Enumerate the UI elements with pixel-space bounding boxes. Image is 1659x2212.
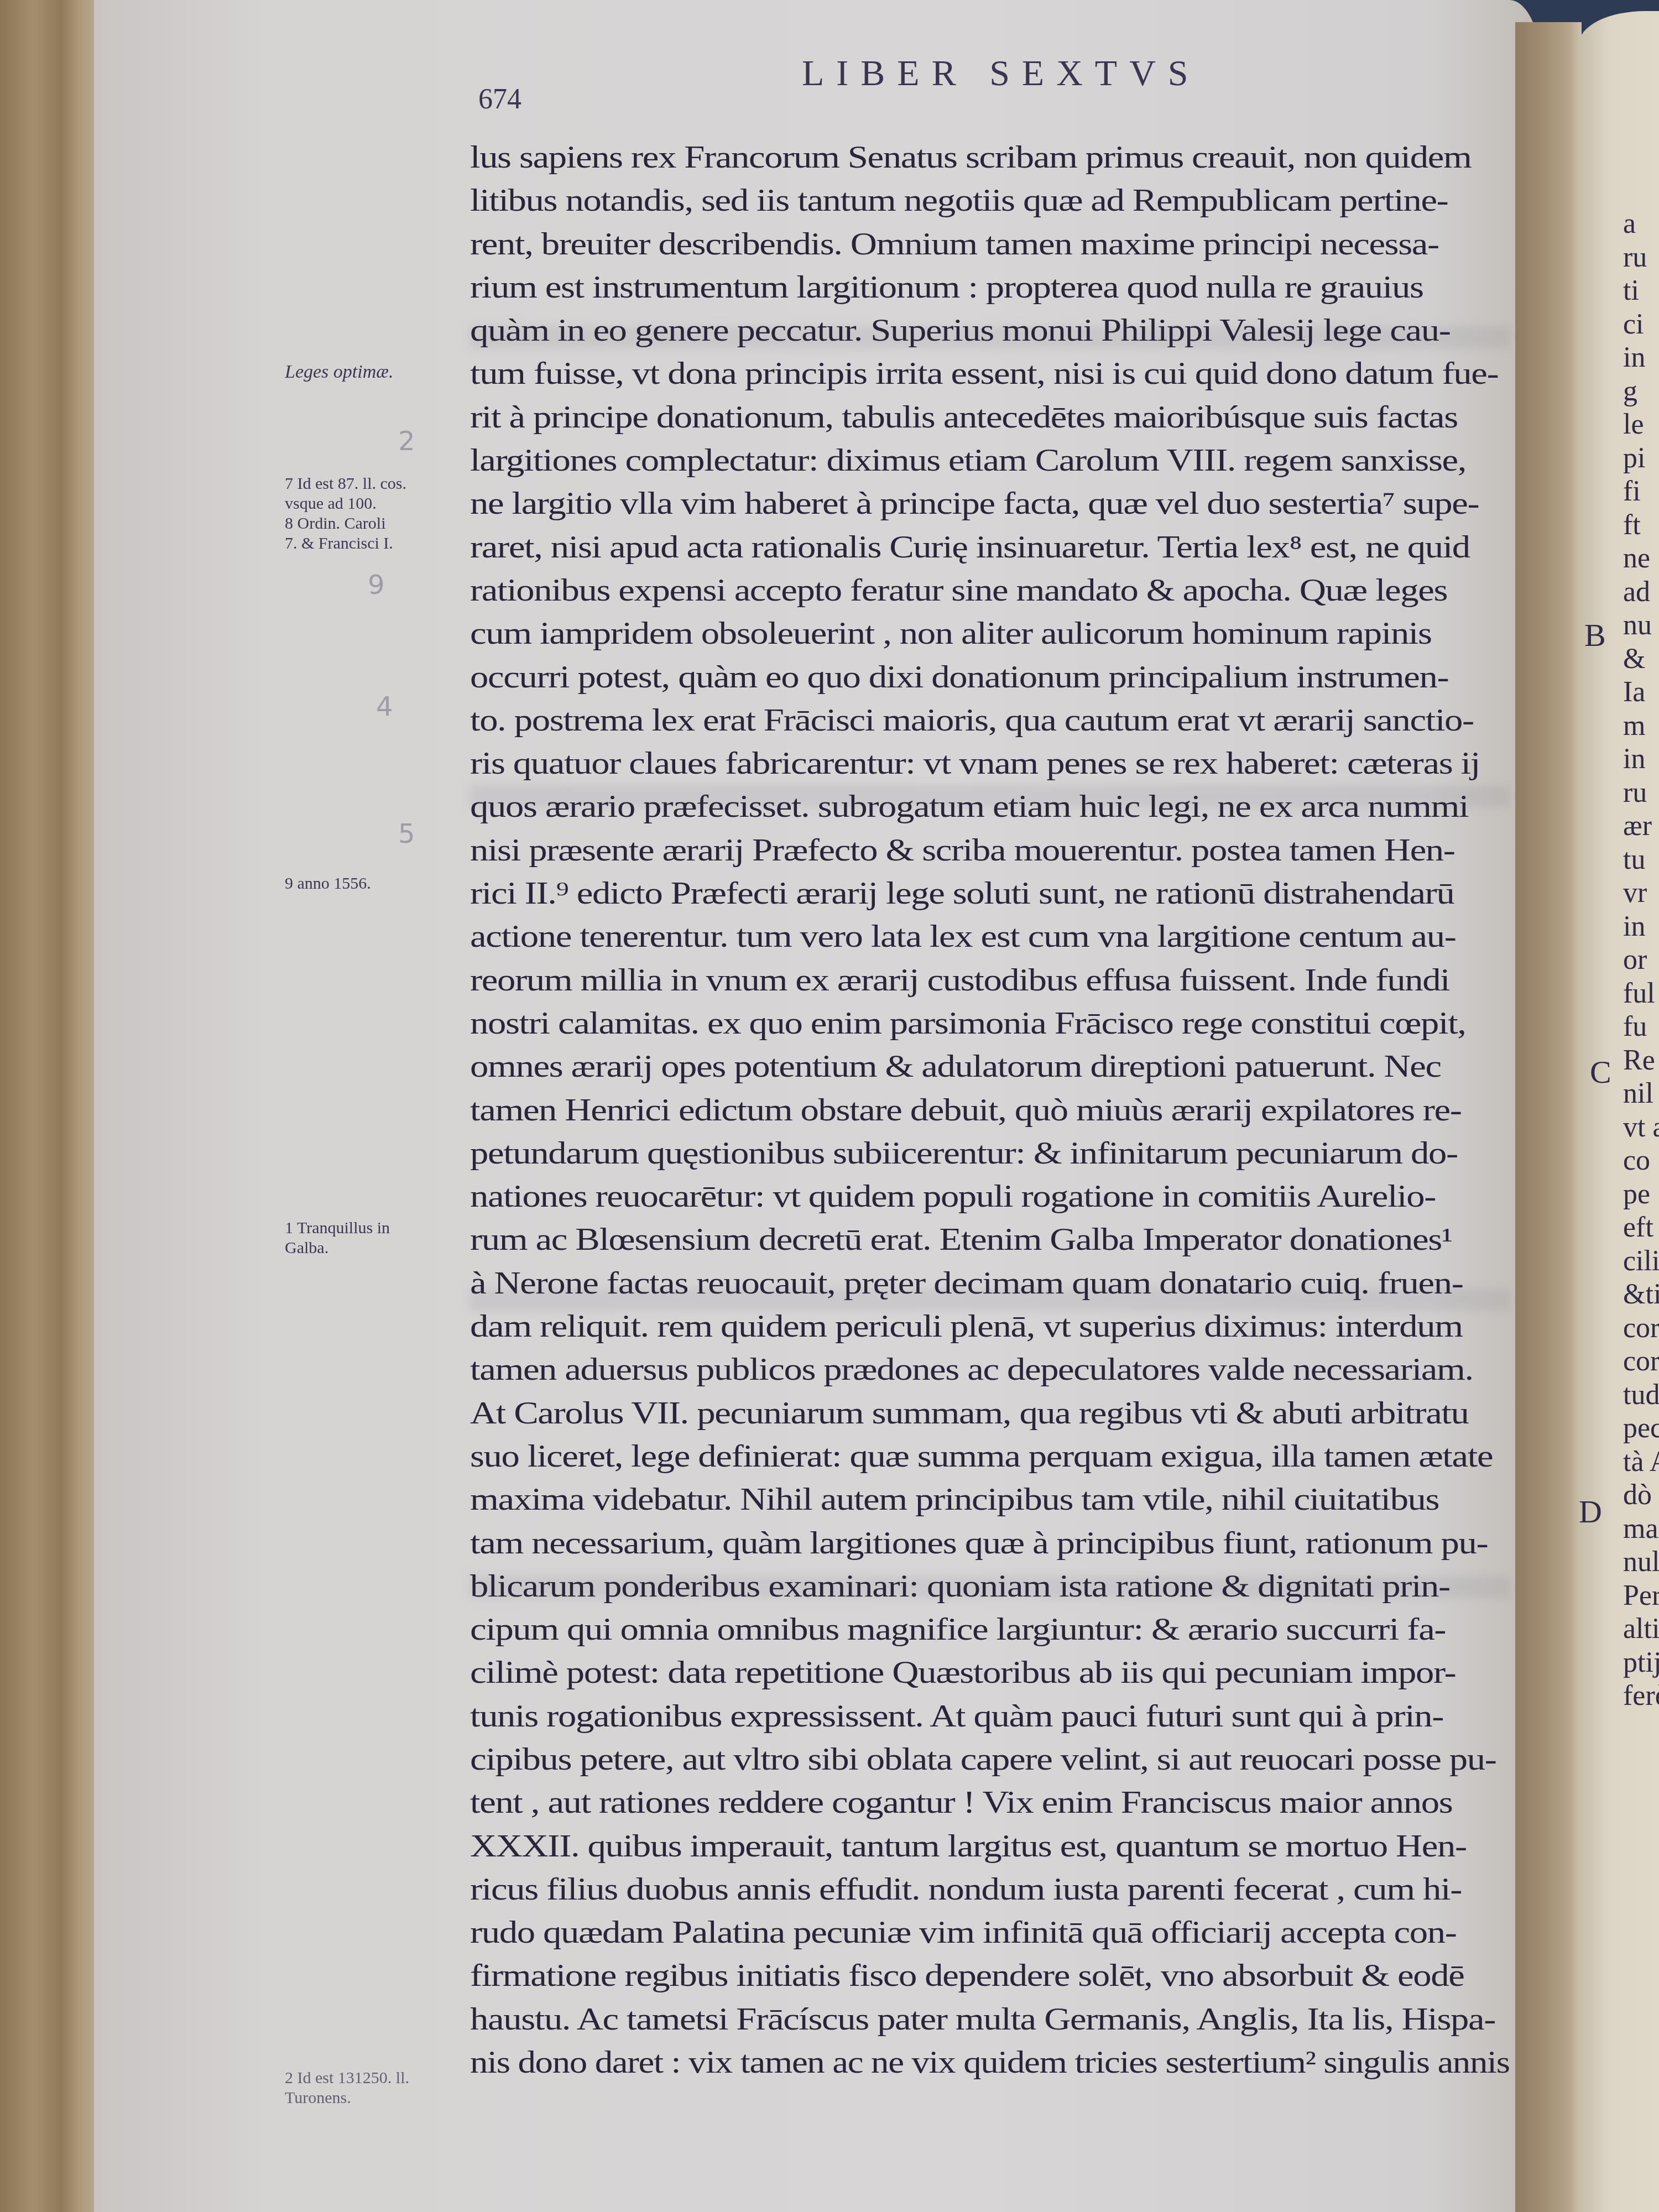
text-line-content: occurri potest, quàm eo quo dixi donatio… <box>470 655 1448 698</box>
text-line: ricus filius duobus annis effudit. nondu… <box>470 1867 1510 1911</box>
text-line-content: firmatione regibus initiatis fisco depen… <box>470 1954 1464 1997</box>
text-line-content: petundarum quęstionibus subiicerentur: &… <box>470 1131 1458 1175</box>
text-line: rici II.⁹ edicto Præfecti ærarij lege so… <box>470 872 1510 915</box>
text-line: nisi præsente ærarij Præfecto & scriba m… <box>470 828 1510 872</box>
text-line: ne largitio vlla vim haberet à principe … <box>470 482 1510 525</box>
running-head: LIBER SEXTVS <box>802 53 1201 95</box>
text-line-content: litibus notandis, sed iis tantum negotii… <box>470 179 1448 222</box>
facing-line-fragment: ferè <box>1623 1679 1659 1713</box>
text-line-content: quàm in eo genere peccatur. Superius mon… <box>470 309 1451 352</box>
text-line: largitiones complectatur: diximus etiam … <box>470 439 1510 482</box>
margin-note-7-8: 7 Id est 87. ll. cos. vsque ad 100. 8 Or… <box>285 474 406 554</box>
text-line-content: rationibus expensi accepto feratur sine … <box>470 568 1447 612</box>
text-line: nationes reuocarētur: vt quidem populi r… <box>470 1175 1510 1218</box>
facing-line-fragment: Re <box>1623 1044 1659 1078</box>
text-line: rum ac Blœsensium decretū erat. Etenim G… <box>470 1218 1510 1261</box>
text-line-content: raret, nisi apud acta rationalis Curię i… <box>470 525 1470 568</box>
facing-line-fragment: pi <box>1623 442 1659 476</box>
text-line-content: nisi præsente ærarij Præfecto & scriba m… <box>470 828 1455 872</box>
text-line-content: ris quatuor claues fabricarentur: vt vna… <box>470 742 1480 785</box>
facing-line-fragment: in <box>1623 910 1659 944</box>
facing-line-fragment: ptij, <box>1623 1646 1659 1680</box>
text-line: rit à principe donationum, tabulis antec… <box>470 395 1510 439</box>
facing-line-fragment: altif <box>1623 1613 1659 1646</box>
section-letter-c: C <box>1590 1053 1611 1091</box>
text-line: blicarum ponderibus examinari: quoniam i… <box>470 1564 1510 1608</box>
text-line-content: cum iampridem obsoleuerint , non aliter … <box>470 612 1432 655</box>
section-letter-b: B <box>1584 617 1606 654</box>
text-line: At Carolus VII. pecuniarum summam, qua r… <box>470 1391 1510 1434</box>
facing-line-fragment: in <box>1623 743 1659 776</box>
text-line: tamen aduersus publicos prædones ac depe… <box>470 1348 1510 1391</box>
text-line: dam reliquit. rem quidem periculi plenā,… <box>470 1305 1510 1348</box>
pencil-mark: 4 <box>376 691 393 722</box>
text-line: haustu. Ac tametsi Frācíscus pater multa… <box>470 1997 1510 2041</box>
text-line-content: haustu. Ac tametsi Frācíscus pater multa… <box>470 1997 1495 2041</box>
text-line-content: nis dono daret : vix tamen ac ne vix qui… <box>470 2041 1510 2084</box>
facing-line-fragment: ær <box>1623 810 1659 843</box>
text-line-content: cipibus petere, aut vltro sibi oblata ca… <box>470 1738 1496 1781</box>
text-line: tamen Henrici edictum obstare debuit, qu… <box>470 1088 1510 1131</box>
text-line: tum fuisse, vt dona principis irrita ess… <box>470 352 1510 395</box>
text-line-content: XXXII. quibus imperauit, tantum largitus… <box>470 1824 1467 1867</box>
margin-note-leges-optimae: Leges optimæ. <box>285 362 393 382</box>
text-line: cipibus petere, aut vltro sibi oblata ca… <box>470 1738 1510 1781</box>
text-line: rium est instrumentum largitionum : prop… <box>470 265 1510 309</box>
facing-page: aruticiinglepififtneadnu&Iaminruærtuvrin… <box>1579 11 1659 2212</box>
text-line: rudo quædam Palatina pecuniæ vim infinit… <box>470 1911 1510 1954</box>
facing-line-fragment: tu <box>1623 843 1659 877</box>
margin-note-2: 2 Id est 131250. ll. Turonens. <box>285 2068 409 2108</box>
text-line: tunis rogationibus expressissent. At quà… <box>470 1694 1510 1738</box>
facing-line-fragment: ful <box>1623 977 1659 1011</box>
margin-note-1: 1 Tranquillus in Galba. <box>285 1218 390 1258</box>
text-line-content: tent , aut rationes reddere cogantur ! V… <box>470 1781 1452 1824</box>
text-line-content: rum ac Blœsensium decretū erat. Etenim G… <box>470 1218 1452 1261</box>
text-line: cipum qui omnia omnibus magnifice largiu… <box>470 1608 1510 1651</box>
text-line: quos ærario præfecisset. subrogatum etia… <box>470 785 1510 828</box>
text-line-content: largitiones complectatur: diximus etiam … <box>470 439 1466 482</box>
facing-line-fragment: pec <box>1623 1412 1659 1446</box>
facing-line-fragment: or <box>1623 943 1659 977</box>
text-line: XXXII. quibus imperauit, tantum largitus… <box>470 1824 1510 1867</box>
text-line-content: At Carolus VII. pecuniarum summam, qua r… <box>470 1391 1468 1434</box>
text-line-content: rium est instrumentum largitionum : prop… <box>470 265 1423 309</box>
text-line: omnes ærarij opes potentium & adulatorum… <box>470 1045 1510 1088</box>
facing-line-fragment: m <box>1623 709 1659 743</box>
text-line-content: tam necessarium, quàm largitiones quæ à … <box>470 1521 1488 1564</box>
text-line: actione tenerentur. tum vero lata lex es… <box>470 915 1510 958</box>
section-letter-d: D <box>1579 1493 1602 1530</box>
text-line-content: rit à principe donationum, tabulis antec… <box>470 395 1458 439</box>
facing-line-fragment: cor <box>1623 1345 1659 1379</box>
page-number: 674 <box>478 83 521 116</box>
text-line: cum iampridem obsoleuerint , non aliter … <box>470 612 1510 655</box>
text-line-content: cilimè potest: data repetitione Quæstori… <box>470 1651 1455 1694</box>
facing-line-fragment: vr <box>1623 877 1659 910</box>
text-line: occurri potest, quàm eo quo dixi donatio… <box>470 655 1510 698</box>
margin-note-9: 9 anno 1556. <box>285 874 371 894</box>
facing-line-fragment: dò <box>1623 1479 1659 1512</box>
text-line: litibus notandis, sed iis tantum negotii… <box>470 179 1510 222</box>
facing-line-fragment: max <box>1623 1512 1659 1546</box>
text-line-content: tunis rogationibus expressissent. At quà… <box>470 1694 1443 1738</box>
text-line: lus sapiens rex Francorum Senatus scriba… <box>470 135 1510 179</box>
facing-line-fragment: nil <box>1623 1077 1659 1111</box>
pencil-mark: 9 <box>368 570 385 601</box>
facing-line-fragment: tud <box>1623 1379 1659 1412</box>
facing-line-fragment: Ia <box>1623 676 1659 709</box>
text-line-content: to. postrema lex erat Frācisci maioris, … <box>470 698 1474 742</box>
facing-line-fragment: ru <box>1623 241 1659 275</box>
text-line: cilimè potest: data repetitione Quæstori… <box>470 1651 1510 1694</box>
text-line-content: ricus filius duobus annis effudit. nondu… <box>470 1867 1462 1911</box>
facing-line-fragment: tà A <box>1623 1446 1659 1479</box>
text-line-content: maxima videbatur. Nihil autem principibu… <box>470 1478 1439 1521</box>
pencil-mark: 2 <box>398 426 415 457</box>
text-line-content: rent, breuiter describendis. Omnium tame… <box>470 222 1439 265</box>
book-gutter <box>1515 22 1582 2212</box>
text-line: rent, breuiter describendis. Omnium tame… <box>470 222 1510 265</box>
text-line: suo liceret, lege definierat: quæ summa … <box>470 1434 1510 1478</box>
text-line: nis dono daret : vix tamen ac ne vix qui… <box>470 2041 1510 2084</box>
text-line-content: suo liceret, lege definierat: quæ summa … <box>470 1434 1493 1478</box>
facing-line-fragment: ru <box>1623 776 1659 810</box>
text-line-content: dam reliquit. rem quidem periculi plenā,… <box>470 1305 1463 1348</box>
facing-line-fragment: pe <box>1623 1178 1659 1212</box>
text-line: raret, nisi apud acta rationalis Curię i… <box>470 525 1510 568</box>
text-line: tam necessarium, quàm largitiones quæ à … <box>470 1521 1510 1564</box>
facing-line-fragment: ft <box>1623 509 1659 542</box>
facing-line-fragment: nu <box>1623 609 1659 643</box>
facing-line-fragment: co <box>1623 1144 1659 1178</box>
text-line-content: nationes reuocarētur: vt quidem populi r… <box>470 1175 1436 1218</box>
text-line: rationibus expensi accepto feratur sine … <box>470 568 1510 612</box>
text-line: ris quatuor claues fabricarentur: vt vna… <box>470 742 1510 785</box>
text-line: to. postrema lex erat Frācisci maioris, … <box>470 698 1510 742</box>
facing-line-fragment: vt a <box>1623 1111 1659 1145</box>
text-line: reorum millia in vnum ex ærarij custodib… <box>470 958 1510 1001</box>
facing-line-fragment: &ti <box>1623 1278 1659 1312</box>
text-line: nostri calamitas. ex quo enim parsimonia… <box>470 1001 1510 1045</box>
facing-line-fragment: cor <box>1623 1312 1659 1345</box>
text-line-content: quos ærario præfecisset. subrogatum etia… <box>470 785 1468 828</box>
facing-line-fragment: a <box>1623 207 1659 241</box>
text-line-content: reorum millia in vnum ex ærarij custodib… <box>470 958 1449 1001</box>
text-line-content: rudo quædam Palatina pecuniæ vim infinit… <box>470 1911 1457 1954</box>
text-line-content: nostri calamitas. ex quo enim parsimonia… <box>470 1001 1466 1045</box>
text-line-content: rici II.⁹ edicto Præfecti ærarij lege so… <box>470 872 1454 915</box>
text-line-content: actione tenerentur. tum vero lata lex es… <box>470 915 1456 958</box>
text-line-content: à Nerone factas reuocauit, pręter decima… <box>470 1261 1463 1305</box>
text-line-content: ne largitio vlla vim haberet à principe … <box>470 482 1479 525</box>
main-text-block: lus sapiens rex Francorum Senatus scriba… <box>470 135 1510 2084</box>
facing-line-fragment: Perf <box>1623 1579 1659 1613</box>
text-line-content: tamen aduersus publicos prædones ac depe… <box>470 1348 1473 1391</box>
facing-line-fragment: g <box>1623 375 1659 409</box>
text-line-content: tamen Henrici edictum obstare debuit, qu… <box>470 1088 1462 1131</box>
facing-line-fragment: fi <box>1623 475 1659 509</box>
facing-page-text: aruticiinglepififtneadnu&Iaminruærtuvrin… <box>1623 207 1659 1713</box>
facing-line-fragment: fu <box>1623 1010 1659 1044</box>
facing-line-fragment: ad <box>1623 576 1659 609</box>
text-line: firmatione regibus initiatis fisco depen… <box>470 1954 1510 1997</box>
text-line-content: tum fuisse, vt dona principis irrita ess… <box>470 352 1498 395</box>
text-line: tent , aut rationes reddere cogantur ! V… <box>470 1781 1510 1824</box>
facing-line-fragment: nul <box>1623 1546 1659 1579</box>
text-line: à Nerone factas reuocauit, pręter decima… <box>470 1261 1510 1305</box>
facing-line-fragment: ne <box>1623 542 1659 576</box>
pencil-mark: 5 <box>398 818 415 849</box>
text-line-content: lus sapiens rex Francorum Senatus scriba… <box>470 135 1471 179</box>
text-line-content: cipum qui omnia omnibus magnifice largiu… <box>470 1608 1446 1651</box>
facing-line-fragment: & <box>1623 643 1659 676</box>
facing-line-fragment: ci <box>1623 308 1659 342</box>
text-line: quàm in eo genere peccatur. Superius mon… <box>470 309 1510 352</box>
facing-line-fragment: cili <box>1623 1245 1659 1279</box>
text-line-content: omnes ærarij opes potentium & adulatorum… <box>470 1045 1441 1088</box>
text-line: petundarum quęstionibus subiicerentur: &… <box>470 1131 1510 1175</box>
facing-line-fragment: le <box>1623 408 1659 442</box>
facing-line-fragment: eft <box>1623 1211 1659 1245</box>
facing-line-fragment: in <box>1623 341 1659 375</box>
text-line-content: blicarum ponderibus examinari: quoniam i… <box>470 1564 1450 1608</box>
facing-line-fragment: ti <box>1623 274 1659 308</box>
text-line: maxima videbatur. Nihil autem principibu… <box>470 1478 1510 1521</box>
